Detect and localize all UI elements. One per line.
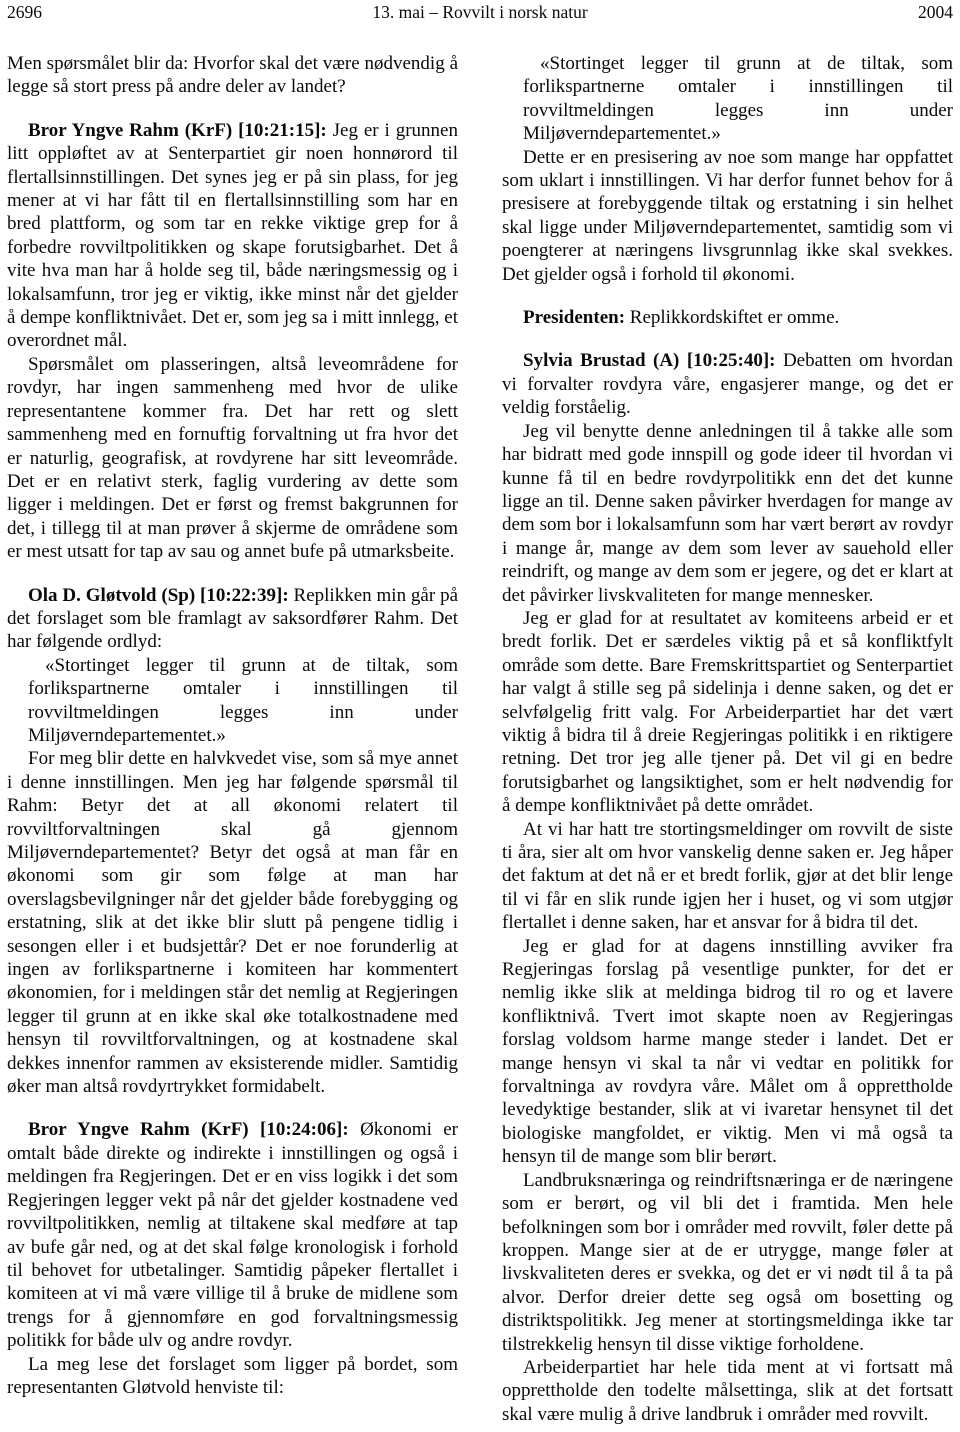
speaker-name: Sylvia Brustad (A) [10:25:40]: <box>523 350 775 371</box>
paragraph: Men spørsmålet blir da: Hvorfor skal det… <box>7 52 458 99</box>
paragraph: For meg blir dette en halvkvedet vise, s… <box>7 747 458 1098</box>
paragraph: Dette er en presisering av noe som mange… <box>502 146 953 286</box>
paragraph: At vi har hatt tre stortingsmeldinger om… <box>502 818 953 935</box>
left-column: Men spørsmålet blir da: Hvorfor skal det… <box>7 52 458 1426</box>
speech-paragraph: Bror Yngve Rahm (KrF) [10:21:15]: Jeg er… <box>7 119 458 353</box>
paragraph: Arbeiderpartiet har hele tida ment at vi… <box>502 1356 953 1426</box>
page-year: 2004 <box>803 2 953 23</box>
speaker-name: Presidenten: <box>523 307 625 328</box>
quote-paragraph: «Stortinget legger til grunn at de tilta… <box>523 52 953 146</box>
right-column: «Stortinget legger til grunn at de tilta… <box>502 52 953 1426</box>
page-header: 2696 13. mai – Rovvilt i norsk natur 200… <box>7 2 953 23</box>
paragraph: La meg lese det forslaget som ligger på … <box>7 1353 458 1400</box>
running-title: 13. mai – Rovvilt i norsk natur <box>157 2 803 23</box>
text-columns: Men spørsmålet blir da: Hvorfor skal det… <box>7 52 953 1426</box>
paragraph: Jeg vil benytte denne anledningen til å … <box>502 420 953 607</box>
paragraph: Landbruksnæringa og reindriftsnæringa er… <box>502 1169 953 1356</box>
paragraph: Jeg er glad for at dagens innstilling av… <box>502 935 953 1169</box>
speech-paragraph: Presidenten: Replikkordskiftet er omme. <box>502 306 953 329</box>
speaker-name: Ola D. Gløtvold (Sp) [10:22:39]: <box>28 585 289 606</box>
speech-paragraph: Bror Yngve Rahm (KrF) [10:24:06]: Økonom… <box>7 1118 458 1352</box>
speaker-name: Bror Yngve Rahm (KrF) [10:21:15]: <box>28 120 327 141</box>
paragraph: Jeg er glad for at resultatet av komitee… <box>502 607 953 818</box>
quote-paragraph: «Stortinget legger til grunn at de tilta… <box>28 654 458 748</box>
paragraph: Spørsmålet om plasseringen, altså leveom… <box>7 353 458 564</box>
speech-paragraph: Ola D. Gløtvold (Sp) [10:22:39]: Replikk… <box>7 584 458 654</box>
speaker-name: Bror Yngve Rahm (KrF) [10:24:06]: <box>28 1119 349 1140</box>
document-page: 2696 13. mai – Rovvilt i norsk natur 200… <box>0 0 960 1426</box>
speech-paragraph: Sylvia Brustad (A) [10:25:40]: Debatten … <box>502 349 953 419</box>
page-number: 2696 <box>7 2 157 23</box>
